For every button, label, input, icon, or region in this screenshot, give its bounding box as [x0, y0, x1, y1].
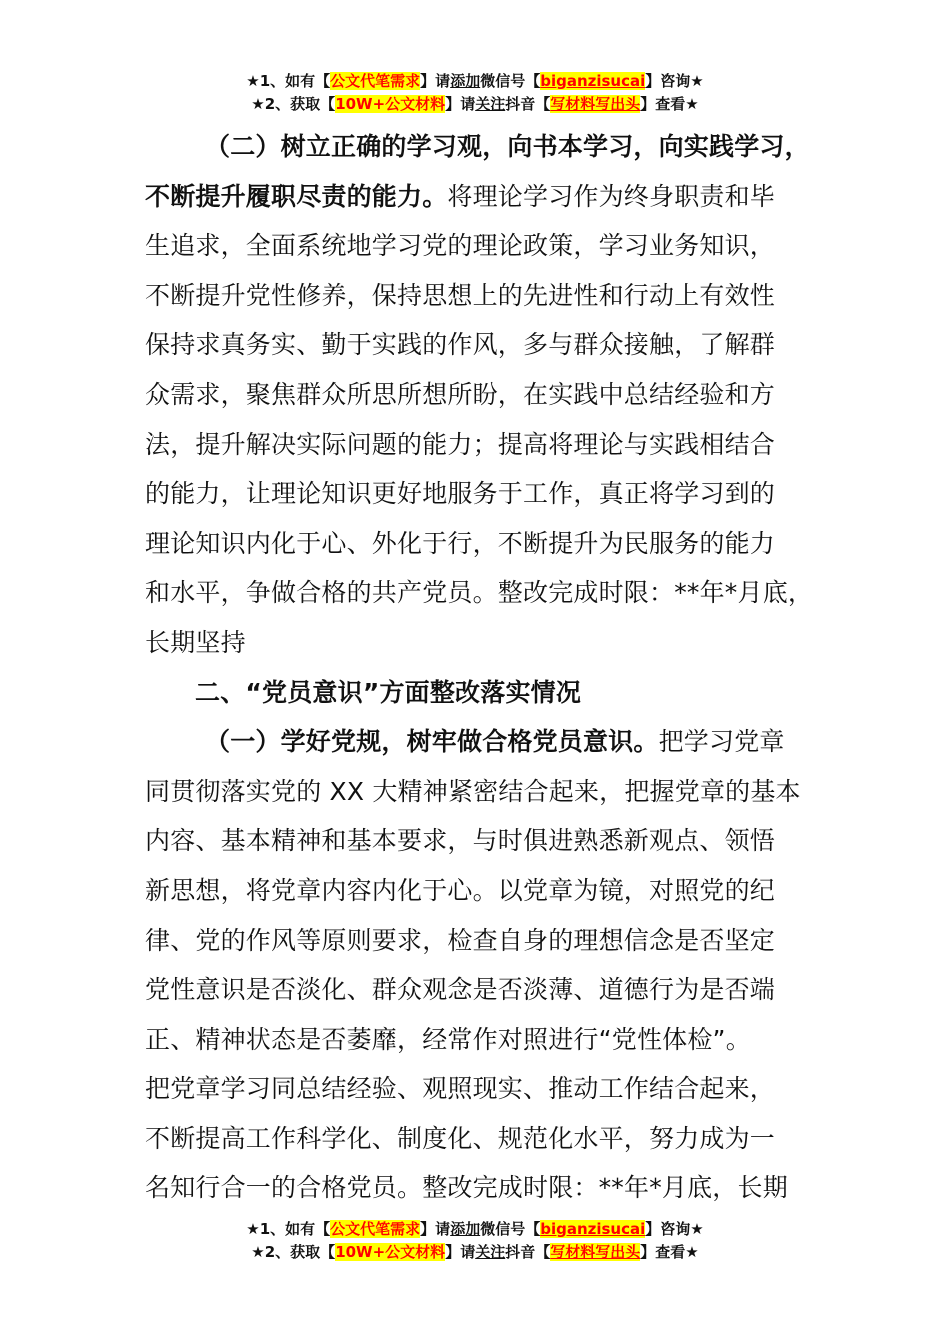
paragraph-line: 党性意识是否淡化、群众观念是否淡薄、道德行为是否端 [145, 965, 835, 1015]
banner-text: ★2、获取【 [251, 95, 335, 113]
paragraph-line: 法，提升解决实际问题的能力；提高将理论与实践相结合 [145, 420, 835, 470]
paragraph-line: 众需求，聚焦群众所思所想所盼，在实践中总结经验和方 [145, 370, 835, 420]
paragraph-line: （一）学好党规，树牢做合格党员意识。把学习党章 [145, 717, 835, 767]
paragraph-learning-view: （二）树立正确的学习观，向书本学习，向实践学习， 不断提升履职尽责的能力。将理论… [145, 122, 835, 668]
paragraph-line: 理论知识内化于心、外化于行，不断提升为民服务的能力 [145, 519, 835, 569]
banner-text: 】请 [445, 1243, 475, 1261]
banner-text: 】请 [420, 72, 450, 90]
paragraph-line: 正、精神状态是否萎靡，经常作对照进行“党性体检”。 [145, 1015, 835, 1065]
banner-text: 】查看★ [640, 95, 698, 113]
banner-line-1: ★1、如有【公文代笔需求】请添加微信号【biganzisucai】咨询★ [0, 1218, 950, 1241]
document-body: （二）树立正确的学习观，向书本学习，向实践学习， 不断提升履职尽责的能力。将理论… [145, 122, 835, 1213]
highlight-ghostwriting: 公文代笔需求 [330, 1220, 420, 1238]
underlined-follow: 关注 [475, 1243, 505, 1261]
body-text: 将理论学习作为终身职责和毕 [447, 182, 775, 211]
section-heading: 二、“党员意识”方面整改落实情况 [145, 668, 835, 718]
section-heading-party-awareness: 二、“党员意识”方面整改落实情况 [145, 668, 835, 718]
paragraph-line: 同贯彻落实党的 XX 大精神紧密结合起来，把握党章的基本 [145, 767, 835, 817]
banner-line-2: ★2、获取【10W+公文材料】请关注抖音【写材料写出头】查看★ [0, 1241, 950, 1264]
banner-line-2: ★2、获取【10W+公文材料】请关注抖音【写材料写出头】查看★ [0, 93, 950, 116]
underlined-add: 添加 [450, 1220, 480, 1238]
underlined-follow: 关注 [475, 95, 505, 113]
bottom-promo-banner: ★1、如有【公文代笔需求】请添加微信号【biganzisucai】咨询★ ★2、… [0, 1218, 950, 1264]
paragraph-line: 长期坚持 [145, 618, 835, 668]
paragraph-line: 律、党的作风等原则要求，检查自身的理想信念是否坚定 [145, 916, 835, 966]
subheading-bold: （一）学好党规，树牢做合格党员意识。 [205, 727, 659, 756]
banner-text: 】请 [420, 1220, 450, 1238]
top-promo-banner: ★1、如有【公文代笔需求】请添加微信号【biganzisucai】咨询★ ★2、… [0, 70, 950, 116]
highlight-materials: 10W+公文材料 [335, 1243, 445, 1261]
highlight-materials: 10W+公文材料 [335, 95, 445, 113]
banner-text: 抖音【 [505, 1243, 550, 1261]
banner-text: 微信号【 [480, 72, 540, 90]
banner-line-1: ★1、如有【公文代笔需求】请添加微信号【biganzisucai】咨询★ [0, 70, 950, 93]
paragraph-line: 生追求，全面系统地学习党的理论政策，学习业务知识， [145, 221, 835, 271]
banner-text: ★2、获取【 [251, 1243, 335, 1261]
wechat-id-link[interactable]: biganzisucai [540, 1220, 645, 1238]
body-text: 把学习党章 [659, 727, 785, 756]
paragraph-party-rules: （一）学好党规，树牢做合格党员意识。把学习党章 同贯彻落实党的 XX 大精神紧密… [145, 717, 835, 1213]
banner-text: 抖音【 [505, 95, 550, 113]
banner-text: ★1、如有【 [246, 1220, 330, 1238]
banner-text: 】咨询★ [645, 72, 703, 90]
paragraph-line: 不断提升党性修养，保持思想上的先进性和行动上有效性 [145, 271, 835, 321]
banner-text: 】咨询★ [645, 1220, 703, 1238]
paragraph-line: 的能力，让理论知识更好地服务于工作，真正将学习到的 [145, 469, 835, 519]
paragraph-line: 内容、基本精神和基本要求，与时俱进熟悉新观点、领悟 [145, 816, 835, 866]
banner-text: 微信号【 [480, 1220, 540, 1238]
banner-text: 】请 [445, 95, 475, 113]
paragraph-line: 新思想，将党章内容内化于心。以党章为镜，对照党的纪 [145, 866, 835, 916]
subheading-line-2: 不断提升履职尽责的能力。 [145, 182, 447, 211]
douyin-account-link[interactable]: 写材料写出头 [550, 1243, 640, 1261]
banner-text: 】查看★ [640, 1243, 698, 1261]
paragraph-line: 保持求真务实、勤于实践的作风，多与群众接触，了解群 [145, 320, 835, 370]
paragraph-line: 名知行合一的合格党员。整改完成时限：**年*月底，长期 [145, 1163, 835, 1213]
paragraph-line: 不断提高工作科学化、制度化、规范化水平，努力成为一 [145, 1114, 835, 1164]
paragraph-line: 不断提升履职尽责的能力。将理论学习作为终身职责和毕 [145, 172, 835, 222]
banner-text: ★1、如有【 [246, 72, 330, 90]
subheading-line-1: （二）树立正确的学习观，向书本学习，向实践学习， [145, 122, 835, 172]
paragraph-line: 和水平，争做合格的共产党员。整改完成时限：**年*月底， [145, 568, 835, 618]
douyin-account-link[interactable]: 写材料写出头 [550, 95, 640, 113]
wechat-id-link[interactable]: biganzisucai [540, 72, 645, 90]
paragraph-line: 把党章学习同总结经验、观照现实、推动工作结合起来， [145, 1064, 835, 1114]
underlined-add: 添加 [450, 72, 480, 90]
highlight-ghostwriting: 公文代笔需求 [330, 72, 420, 90]
